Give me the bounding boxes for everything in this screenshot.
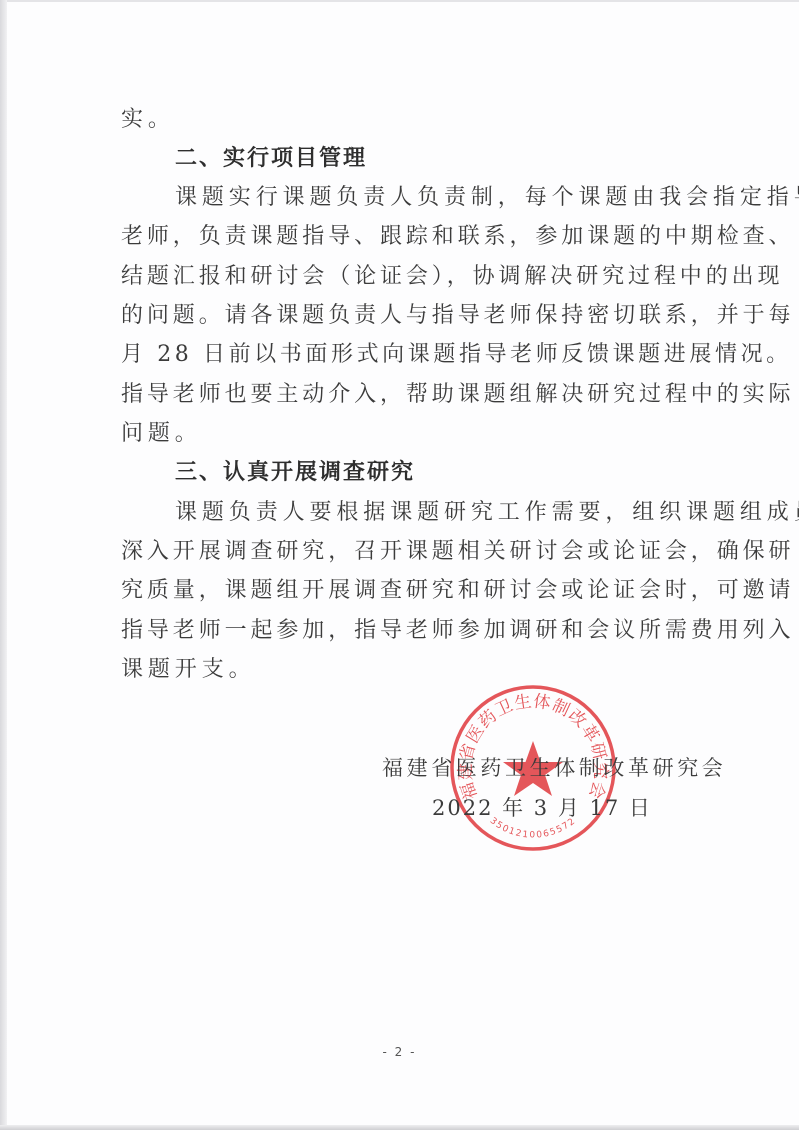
section-heading: 二、实行项目管理 xyxy=(175,144,367,174)
paragraph-line: 指导老师一起参加，指导老师参加调研和会议所需费用列入 xyxy=(121,616,681,646)
paragraph-line: 老师，负责课题指导、跟踪和联系，参加课题的中期检查、 xyxy=(121,222,681,252)
section-heading: 三、认真开展调查研究 xyxy=(175,458,415,488)
paragraph-line: 结题汇报和研讨会（论证会），协调解决研究过程中的出现 xyxy=(121,262,681,292)
page-number: - 2 - xyxy=(0,1045,799,1059)
paragraph-line: 课题开支。 xyxy=(121,655,681,685)
paragraph-line: 指导老师也要主动介入，帮助课题组解决研究过程中的实际 xyxy=(121,380,681,410)
paragraph-line: 月 28 日前以书面形式向课题指导老师反馈课题进展情况。 xyxy=(121,340,681,370)
paragraph-line: 深入开展调查研究，召开课题相关研讨会或论证会，确保研 xyxy=(121,537,681,567)
paragraph-line: 课题实行课题负责人负责制，每个课题由我会指定指导 xyxy=(175,183,681,213)
signature-date: 2022 年 3 月 17 日 xyxy=(432,793,652,823)
paragraph-line: 问题。 xyxy=(121,419,681,449)
signature-organization: 福建省医药卫生体制改革研究会 xyxy=(382,753,726,783)
paragraph-line: 课题负责人要根据课题研究工作需要，组织课题组成员 xyxy=(175,498,681,528)
paragraph-line: 究质量，课题组开展调查研究和研讨会或论证会时，可邀请 xyxy=(121,576,681,606)
paragraph-line: 的问题。请各课题负责人与指导老师保持密切联系，并于每 xyxy=(121,301,681,331)
paragraph-line: 实。 xyxy=(121,105,681,135)
document-page: 实。 二、实行项目管理 课题实行课题负责人负责制，每个课题由我会指定指导 老师，… xyxy=(0,0,799,1130)
